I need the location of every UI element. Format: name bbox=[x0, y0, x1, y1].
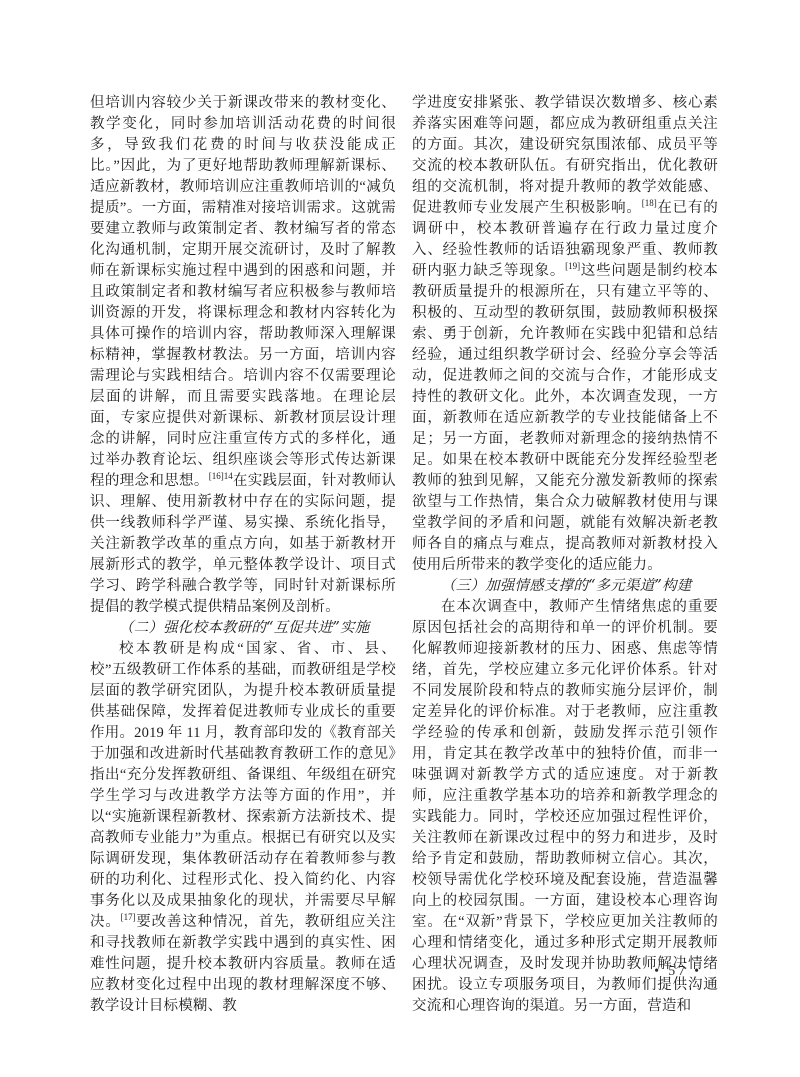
page-content: 但培训内容较少关于新课改带来的教材变化、教学变化，同时参加培训活动花费的时间很多… bbox=[90, 93, 718, 1017]
paragraph: 在本次调查中，教师产生情绪焦虑的重要原因包括社会的高期待和单一的评价机制。要化解… bbox=[412, 597, 718, 1017]
citation-marker: [17] bbox=[121, 912, 136, 922]
section-heading: （二）强化校本教研的“互促共进”实施 bbox=[90, 618, 396, 639]
paragraph: 校本教研是构成“国家、省、市、县、校”五级教研工作体系的基础，而教研组是学校层面… bbox=[90, 639, 396, 1017]
page-number: • 57 • bbox=[654, 963, 702, 979]
paragraph: 学进度安排紧张、教学错误次数增多、核心素养落实困难等问题，都应成为教研组重点关注… bbox=[412, 93, 718, 576]
paragraph: 但培训内容较少关于新课改带来的教材变化、教学变化，同时参加培训活动花费的时间很多… bbox=[90, 93, 396, 618]
citation-marker: [18] bbox=[642, 198, 657, 208]
citation-marker: [16]14 bbox=[209, 471, 233, 481]
right-column: 学进度安排紧张、教学错误次数增多、核心素养落实困难等问题，都应成为教研组重点关注… bbox=[412, 93, 718, 1017]
paper-page: 但培训内容较少关于新课改带来的教材变化、教学变化，同时参加培训活动花费的时间很多… bbox=[0, 0, 800, 1077]
left-column: 但培训内容较少关于新课改带来的教材变化、教学变化，同时参加培训活动花费的时间很多… bbox=[90, 93, 396, 1017]
citation-marker: [19] bbox=[565, 261, 580, 271]
section-heading: （三）加强情感支撑的“多元渠道”构建 bbox=[412, 576, 718, 597]
